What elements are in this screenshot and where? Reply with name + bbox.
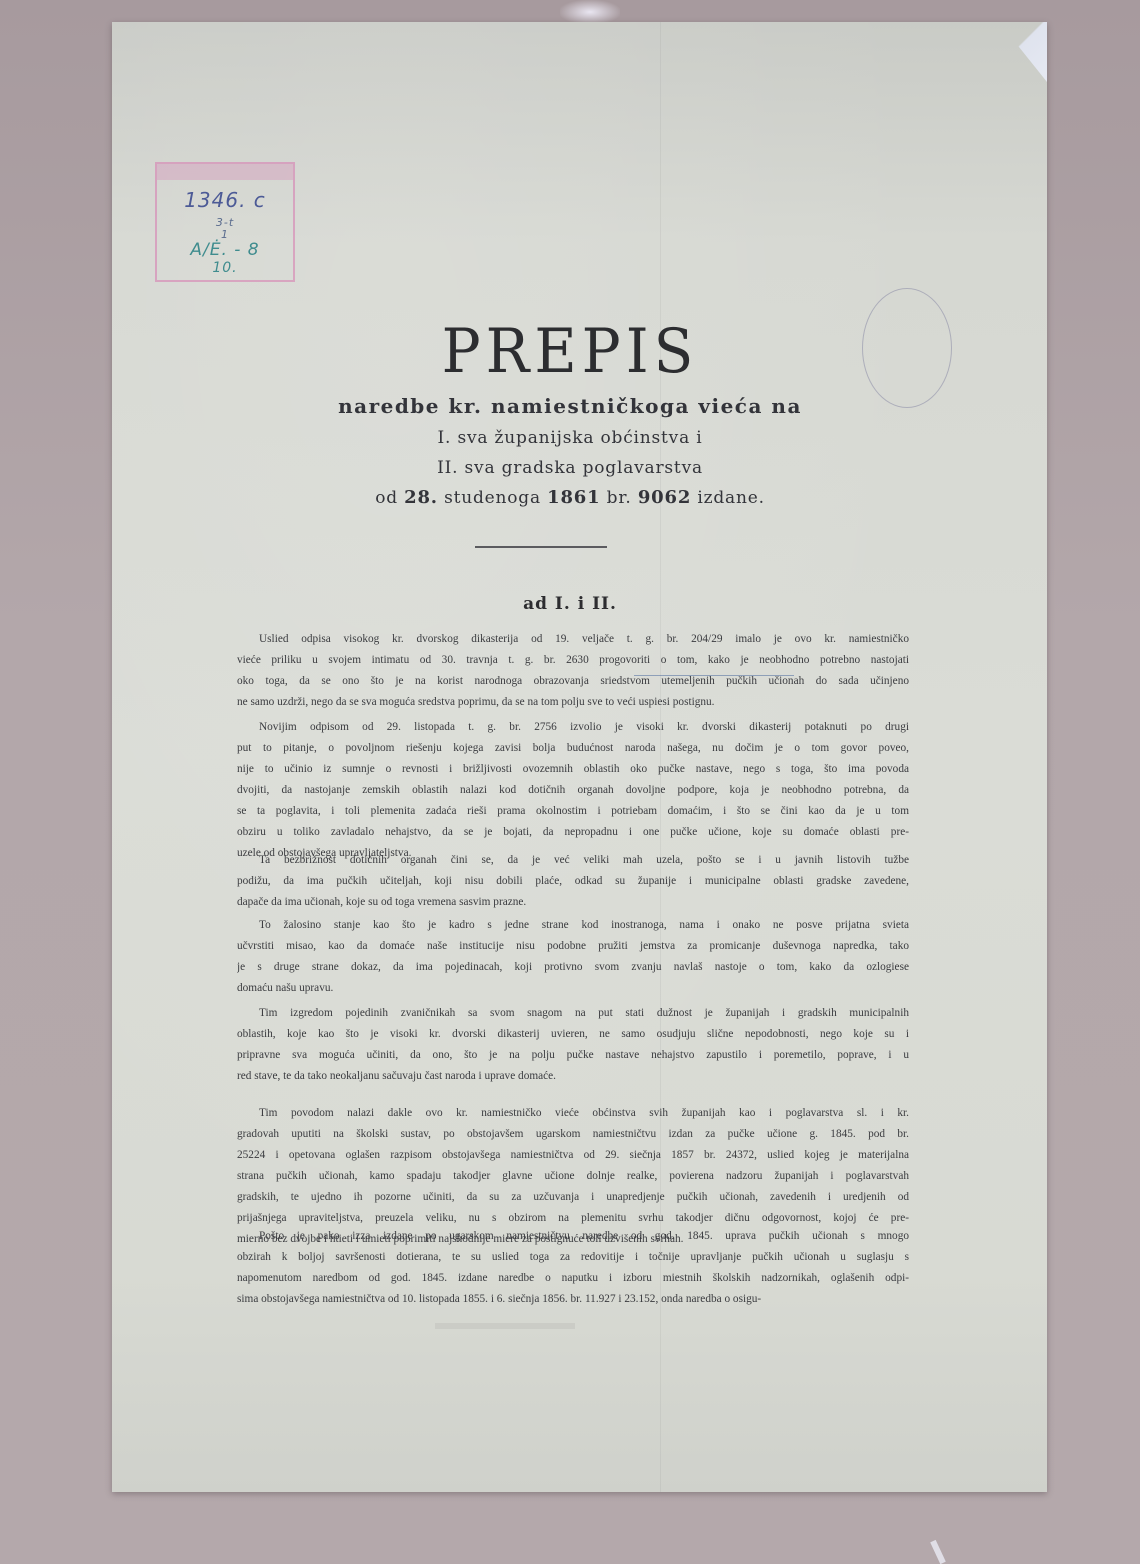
light-glare bbox=[560, 0, 620, 24]
paragraph-line: dapače da ima učionah, koje su od toga v… bbox=[237, 892, 909, 913]
light-glare bbox=[930, 1540, 946, 1564]
corner-glare bbox=[999, 22, 1047, 82]
paragraph: Ta bezbrižnost dotičnih organah čini se,… bbox=[237, 850, 909, 913]
issued-suffix: izdane. bbox=[697, 488, 764, 508]
paragraph: Tim izgredom pojedinih zvaničnikah sa sv… bbox=[237, 1003, 909, 1087]
pencil-underline bbox=[634, 675, 794, 676]
section-heading: ad I. i II. bbox=[230, 594, 910, 614]
paragraph-line: nije to učinio iz sumnje o revnosti i br… bbox=[237, 759, 909, 780]
paragraph: Pošto je pako izza izdane po ugarskom na… bbox=[237, 1226, 909, 1310]
paragraph-line: se ta poglavita, i toli plemenita zadaća… bbox=[237, 801, 909, 822]
paragraph-line: Tim izgredom pojedinih zvaničnikah sa sv… bbox=[237, 1003, 909, 1024]
paragraph: Novijim odpisom od 29. listopada t. g. b… bbox=[237, 717, 909, 864]
paragraph-line: 25224 i opetovana oglašen razpisom obsto… bbox=[237, 1145, 909, 1166]
paragraph-line: gradskih, te ujedno ih pozorne učiniti, … bbox=[237, 1187, 909, 1208]
archive-stamp: 1346. c 3-t 1 A/Ė. - 8 10. bbox=[155, 162, 295, 282]
paragraph: Uslied odpisa visokog kr. dvorskog dikas… bbox=[237, 629, 909, 713]
paragraph-line: Ta bezbrižnost dotičnih organah čini se,… bbox=[237, 850, 909, 871]
issued-month: studenoga bbox=[444, 488, 541, 508]
paragraph-line: oko toga, da se ono što je na korist nar… bbox=[237, 671, 909, 692]
document-heading: PREPIS naredbe kr. namiestničkoga vieća … bbox=[230, 315, 910, 513]
paragraph-line: domaću našu upravu. bbox=[237, 978, 909, 999]
paragraph-line: oblastih, koje kao što je visoki kr. dvo… bbox=[237, 1024, 909, 1045]
recipient-line-2: II. sva gradska poglavarstva bbox=[230, 453, 910, 483]
paragraph-line: Uslied odpisa visokog kr. dvorskog dikas… bbox=[237, 629, 909, 650]
paragraph-line: Tim povodom nalazi dakle ovo kr. namiest… bbox=[237, 1103, 909, 1124]
stamp-header bbox=[157, 164, 293, 180]
stamp-sheet: 10. bbox=[157, 260, 293, 276]
paragraph-line: obziru u toliko zavladalo nehajstvo, da … bbox=[237, 822, 909, 843]
paragraph-line: put to pitanje, o povoljnom riešenju koj… bbox=[237, 738, 909, 759]
paragraph-line: Pošto je pako izza izdane po ugarskom na… bbox=[237, 1226, 909, 1247]
paragraph-line: je s druge strane dokaz, da ima pojedina… bbox=[237, 957, 909, 978]
paragraph-line: strana pučkih učionah, kamo spadaju tako… bbox=[237, 1166, 909, 1187]
paragraph-line: pripravne sva moguća učiniti, da ono, št… bbox=[237, 1045, 909, 1066]
paragraph-line: Novijim odpisom od 29. listopada t. g. b… bbox=[237, 717, 909, 738]
issued-year: 1861 bbox=[547, 487, 600, 508]
paragraph-line: To žalosino stanje kao što je kadro s je… bbox=[237, 915, 909, 936]
paragraph-line: napomenutom naredbom od god. 1845. izdan… bbox=[237, 1268, 909, 1289]
paragraph-line: podižu, da ima pučkih učiteljah, koji ni… bbox=[237, 871, 909, 892]
paragraph-line: ne samo uzdrži, nego da se sva moguća sr… bbox=[237, 692, 909, 713]
recipient-line-1: I. sva županijska obćinstva i bbox=[230, 423, 910, 453]
faint-bleed-through bbox=[435, 1323, 575, 1329]
stamp-number: 1346. c bbox=[157, 188, 293, 212]
paragraph-line: učvrstiti misao, kao da domaće naše inst… bbox=[237, 936, 909, 957]
paragraph-line: gradovah uputiti na školski sustav, po o… bbox=[237, 1124, 909, 1145]
paragraph-line: vieće priliku u svojem intimatu od 30. t… bbox=[237, 650, 909, 671]
paragraph-line: obzirah k boljoj savršenosti dotierana, … bbox=[237, 1247, 909, 1268]
paragraph-line: red stave, te da tako neokaljanu sačuvaj… bbox=[237, 1066, 909, 1087]
issued-prefix: od bbox=[375, 488, 398, 508]
heading-divider bbox=[475, 546, 607, 548]
issued-br-label: br. bbox=[607, 488, 632, 508]
issued-line: od 28. studenoga 1861 br. 9062 izdane. bbox=[230, 483, 910, 513]
issued-day: 28. bbox=[404, 487, 438, 508]
paragraph-line: dvojiti, da nastojanje zemskih oblastih … bbox=[237, 780, 909, 801]
stamp-signature: A/Ė. - 8 bbox=[157, 240, 293, 260]
paragraph: To žalosino stanje kao što je kadro s je… bbox=[237, 915, 909, 999]
document-subtitle: naredbe kr. namiestničkoga vieća na bbox=[230, 389, 910, 423]
document-title: PREPIS bbox=[230, 313, 910, 389]
paragraph-line: sima obstojavšega namiestničtva od 10. l… bbox=[237, 1289, 909, 1310]
issued-number: 9062 bbox=[638, 487, 691, 508]
